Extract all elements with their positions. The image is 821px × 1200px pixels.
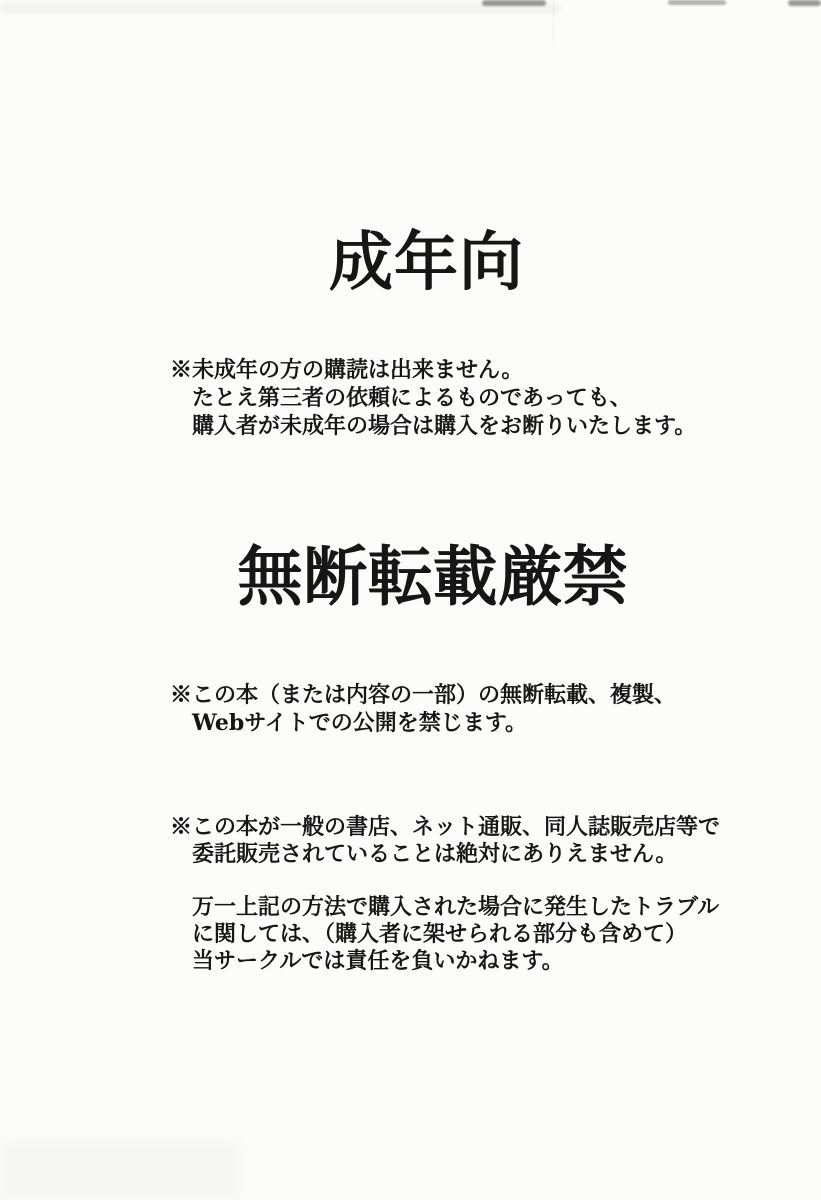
reprint-prohibition-notice: ※この本（または内容の一部）の無断転載、複製、 Webサイトでの公開を禁じます。 xyxy=(170,681,676,737)
scan-artifact xyxy=(0,1140,240,1200)
liability-disclaimer-notice: 万一上記の方法で購入された場合に発生したトラブル に関しては、（購入者に架せられ… xyxy=(192,894,719,975)
scan-artifact xyxy=(0,3,560,14)
notice-line: に関しては、（購入者に架せられる部分も含めて） xyxy=(192,921,719,948)
notice-line: ※この本（または内容の一部）の無断転載、複製、 xyxy=(170,681,676,709)
scan-artifact xyxy=(553,0,554,46)
consignment-sale-notice: ※この本が一般の書店、ネット通販、同人誌販売店等で 委託販売されていることは絶対… xyxy=(170,814,720,868)
notice-line: 当サークルでは責任を負いかねます。 xyxy=(192,948,719,975)
scan-artifact xyxy=(668,0,726,5)
notice-line: 購入者が未成年の場合は購入をお断りいたします。 xyxy=(192,412,696,440)
no-unauthorized-reprint-heading: 無断転載厳禁 xyxy=(22,542,821,614)
scanned-disclaimer-page: 成年向 ※未成年の方の購読は出来ません。 たとえ第三者の依頼によるものであっても… xyxy=(0,0,821,1200)
notice-line: 万一上記の方法で購入された場合に発生したトラブル xyxy=(192,894,719,921)
notice-line: ※未成年の方の購読は出来ません。 xyxy=(170,356,696,384)
scan-artifact xyxy=(482,0,546,6)
notice-line: Webサイトでの公開を禁じます。 xyxy=(192,709,676,737)
age-rating-title: 成年向 xyxy=(16,228,821,298)
notice-line: 委託販売されていることは絶対にありえません。 xyxy=(192,841,720,868)
scan-artifact xyxy=(788,0,821,6)
notice-line: ※この本が一般の書店、ネット通販、同人誌販売店等で xyxy=(170,814,720,841)
notice-line: たとえ第三者の依頼によるものであっても、 xyxy=(192,384,696,412)
minors-purchase-notice: ※未成年の方の購読は出来ません。 たとえ第三者の依頼によるものであっても、 購入… xyxy=(170,356,696,440)
